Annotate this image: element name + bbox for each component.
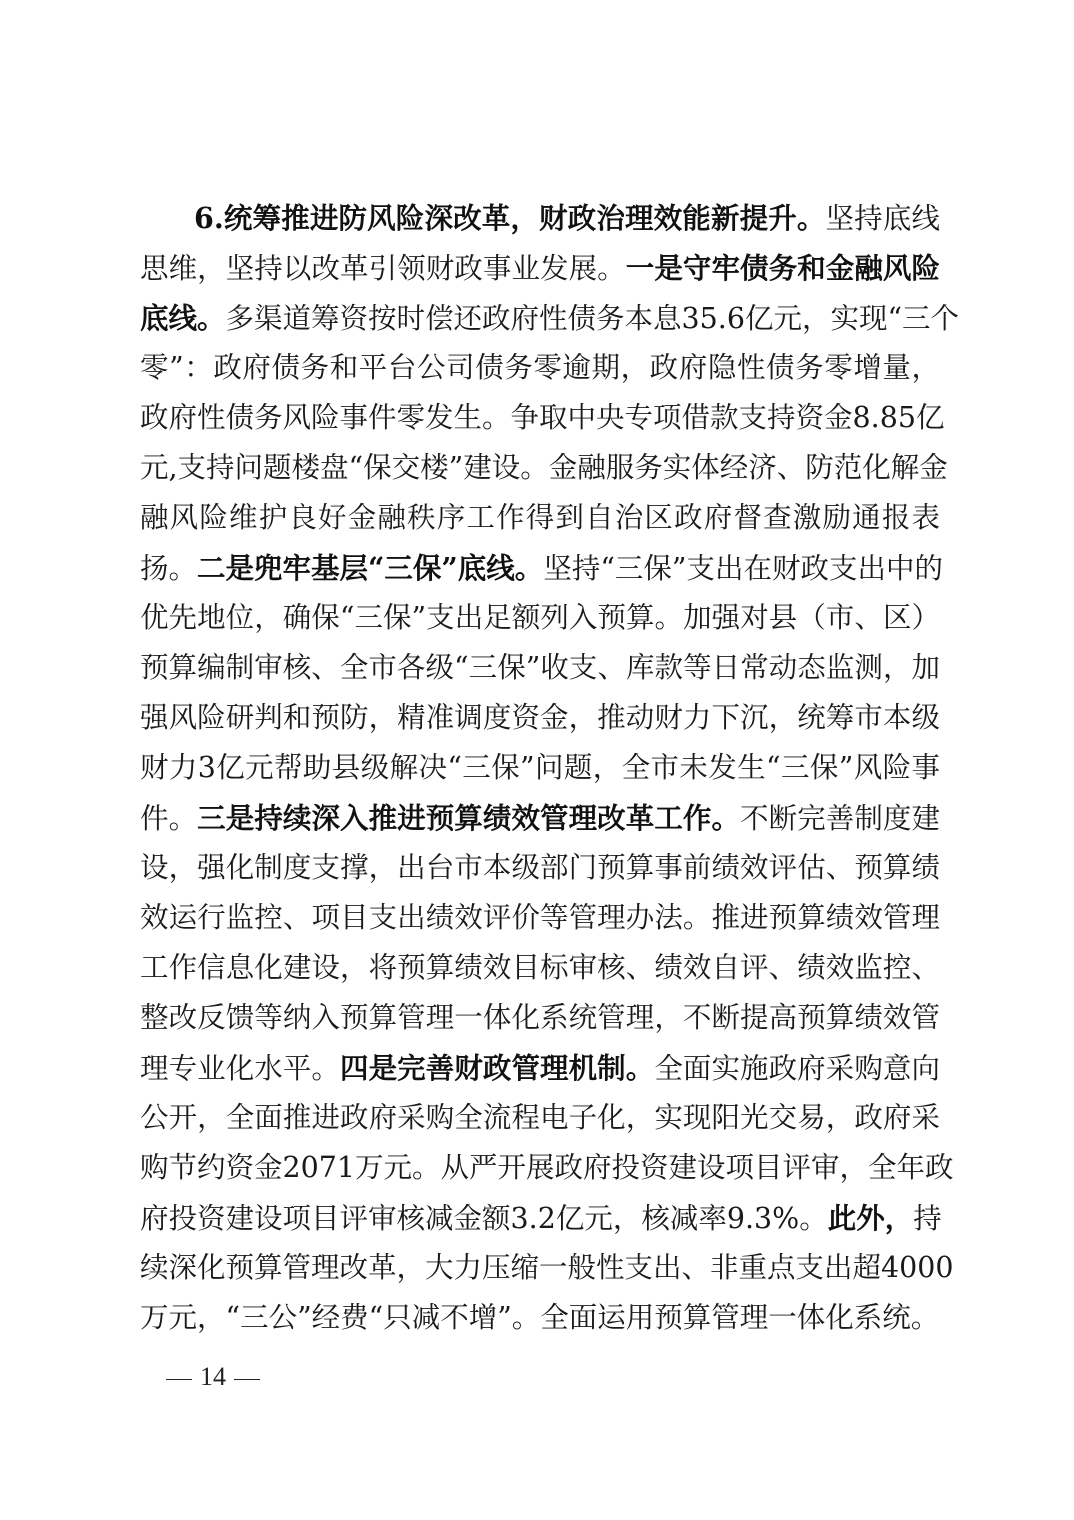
text-run: 公开，全面推进政府采购全流程电子化，实现阳光交易，政府采 [140, 1101, 940, 1134]
text-run: 购节约资金2071万元。从严开展政府投资建设项目评审，全年政 [140, 1151, 954, 1184]
text-run: 多渠道筹资按时偿还政府性债务本息35.6亿元，实现“三个 [226, 302, 960, 335]
text-line: 续深化预算管理改革，大力压缩一般性支出、非重点支出超4000 [140, 1243, 940, 1293]
text-line: 优先地位，确保“三保”支出足额列入预算。加强对县（市、区） [140, 593, 940, 643]
text-run: 整改反馈等纳入预算管理一体化系统管理，不断提高预算绩效管 [140, 1001, 940, 1034]
text-run: 府投资建设项目评审核减金额3.2亿元，核减率9.3%。 [140, 1202, 828, 1235]
text-line: 理专业化水平。四是完善财政管理机制。全面实施政府采购意向 [140, 1043, 940, 1093]
text-run: 设，强化制度支撑，出台市本级部门预算事前绩效评估、预算绩 [140, 851, 940, 884]
text-line: 底线。多渠道筹资按时偿还政府性债务本息35.6亿元，实现“三个 [140, 293, 940, 343]
text-run: 续深化预算管理改革，大力压缩一般性支出、非重点支出超4000 [140, 1251, 954, 1284]
text-line: 融风险维护良好金融秩序工作得到自治区政府督查激励通报表 [140, 493, 940, 543]
text-run: 强风险研判和预防，精准调度资金，推动财力下沉，统筹市本级 [140, 701, 940, 734]
text-line: 府投资建设项目评审核减金额3.2亿元，核减率9.3%。此外，持 [140, 1193, 940, 1243]
text-run: 元,支持问题楼盘“保交楼”建设。金融服务实体经济、防范化解金 [140, 451, 948, 484]
text-run: 融风险维护良好金融秩序工作得到自治区政府督查激励通报表 [140, 501, 940, 534]
text-line: 件。三是持续深入推进预算绩效管理改革工作。不断完善制度建 [140, 793, 940, 843]
text-line: 财力3亿元帮助县级解决“三保”问题，全市未发生“三保”风险事 [140, 743, 940, 793]
text-line: 整改反馈等纳入预算管理一体化系统管理，不断提高预算绩效管 [140, 993, 940, 1043]
text-run: 政府性债务风险事件零发生。争取中央专项借款支持资金8.85亿 [140, 401, 944, 434]
text-line: 零”：政府债务和平台公司债务零逾期，政府隐性债务零增量， [140, 343, 940, 393]
text-run: 零”：政府债务和平台公司债务零逾期，政府隐性债务零增量， [140, 351, 940, 384]
text-run: 理专业化水平。 [140, 1052, 340, 1085]
text-run: 件。 [140, 802, 197, 835]
text-run: 不断完善制度建 [740, 802, 940, 835]
text-line: 预算编制审核、全市各级“三保”收支、库款等日常动态监测，加 [140, 643, 940, 693]
text-run: 财力3亿元帮助县级解决“三保”问题，全市未发生“三保”风险事 [140, 751, 940, 784]
dash-right [234, 1379, 260, 1380]
text-run: 优先地位，确保“三保”支出足额列入预算。加强对县（市、区） [140, 601, 940, 634]
text-run: 坚持“三保”支出在财政支出中的 [543, 552, 943, 585]
text-run: 扬。 [140, 552, 197, 585]
subheading-run: 四是完善财政管理机制。 [340, 1051, 654, 1085]
dash-left [166, 1379, 192, 1380]
text-line: 元,支持问题楼盘“保交楼”建设。金融服务实体经济、防范化解金 [140, 443, 940, 493]
text-run: 坚持底线 [826, 202, 940, 235]
text-line: 6.统筹推进防风险深改革，财政治理效能新提升。坚持底线 [194, 193, 940, 243]
subheading-run: 三是持续深入推进预算绩效管理改革工作。 [197, 801, 740, 835]
text-run: 工作信息化建设，将预算绩效目标审核、绩效自评、绩效监控、 [140, 951, 940, 984]
section-heading: 6.统筹推进防风险深改革，财政治理效能新提升。 [194, 201, 826, 235]
text-line: 工作信息化建设，将预算绩效目标审核、绩效自评、绩效监控、 [140, 943, 940, 993]
text-run: 预算编制审核、全市各级“三保”收支、库款等日常动态监测，加 [140, 651, 940, 684]
text-run: 万元，“三公”经费“只减不增”。全面运用预算管理一体化系统。 [140, 1301, 939, 1334]
text-line: 购节约资金2071万元。从严开展政府投资建设项目评审，全年政 [140, 1143, 940, 1193]
page-footer: 14 [158, 1362, 268, 1392]
text-run: 效运行监控、项目支出绩效评价等管理办法。推进预算绩效管理 [140, 901, 940, 934]
text-run: 持 [913, 1202, 942, 1235]
subheading-run: 此外， [828, 1201, 914, 1235]
text-line: 万元，“三公”经费“只减不增”。全面运用预算管理一体化系统。 [140, 1293, 940, 1343]
text-line: 政府性债务风险事件零发生。争取中央专项借款支持资金8.85亿 [140, 393, 940, 443]
document-page: 6.统筹推进防风险深改革，财政治理效能新提升。坚持底线 思维，坚持以改革引领财政… [0, 0, 1074, 1520]
page-number: 14 [200, 1362, 226, 1391]
subheading-run: 一是守牢债务和金融风险 [626, 251, 940, 285]
text-line: 效运行监控、项目支出绩效评价等管理办法。推进预算绩效管理 [140, 893, 940, 943]
text-line: 设，强化制度支撑，出台市本级部门预算事前绩效评估、预算绩 [140, 843, 940, 893]
subheading-run: 二是兜牢基层“三保”底线。 [197, 551, 543, 585]
text-line: 扬。二是兜牢基层“三保”底线。坚持“三保”支出在财政支出中的 [140, 543, 940, 593]
text-line: 思维，坚持以改革引领财政事业发展。一是守牢债务和金融风险 [140, 243, 940, 293]
text-run: 思维，坚持以改革引领财政事业发展。 [140, 252, 626, 285]
text-line: 公开，全面推进政府采购全流程电子化，实现阳光交易，政府采 [140, 1093, 940, 1143]
text-line: 强风险研判和预防，精准调度资金，推动财力下沉，统筹市本级 [140, 693, 940, 743]
subheading-run: 底线。 [140, 301, 226, 335]
text-run: 全面实施政府采购意向 [654, 1052, 940, 1085]
